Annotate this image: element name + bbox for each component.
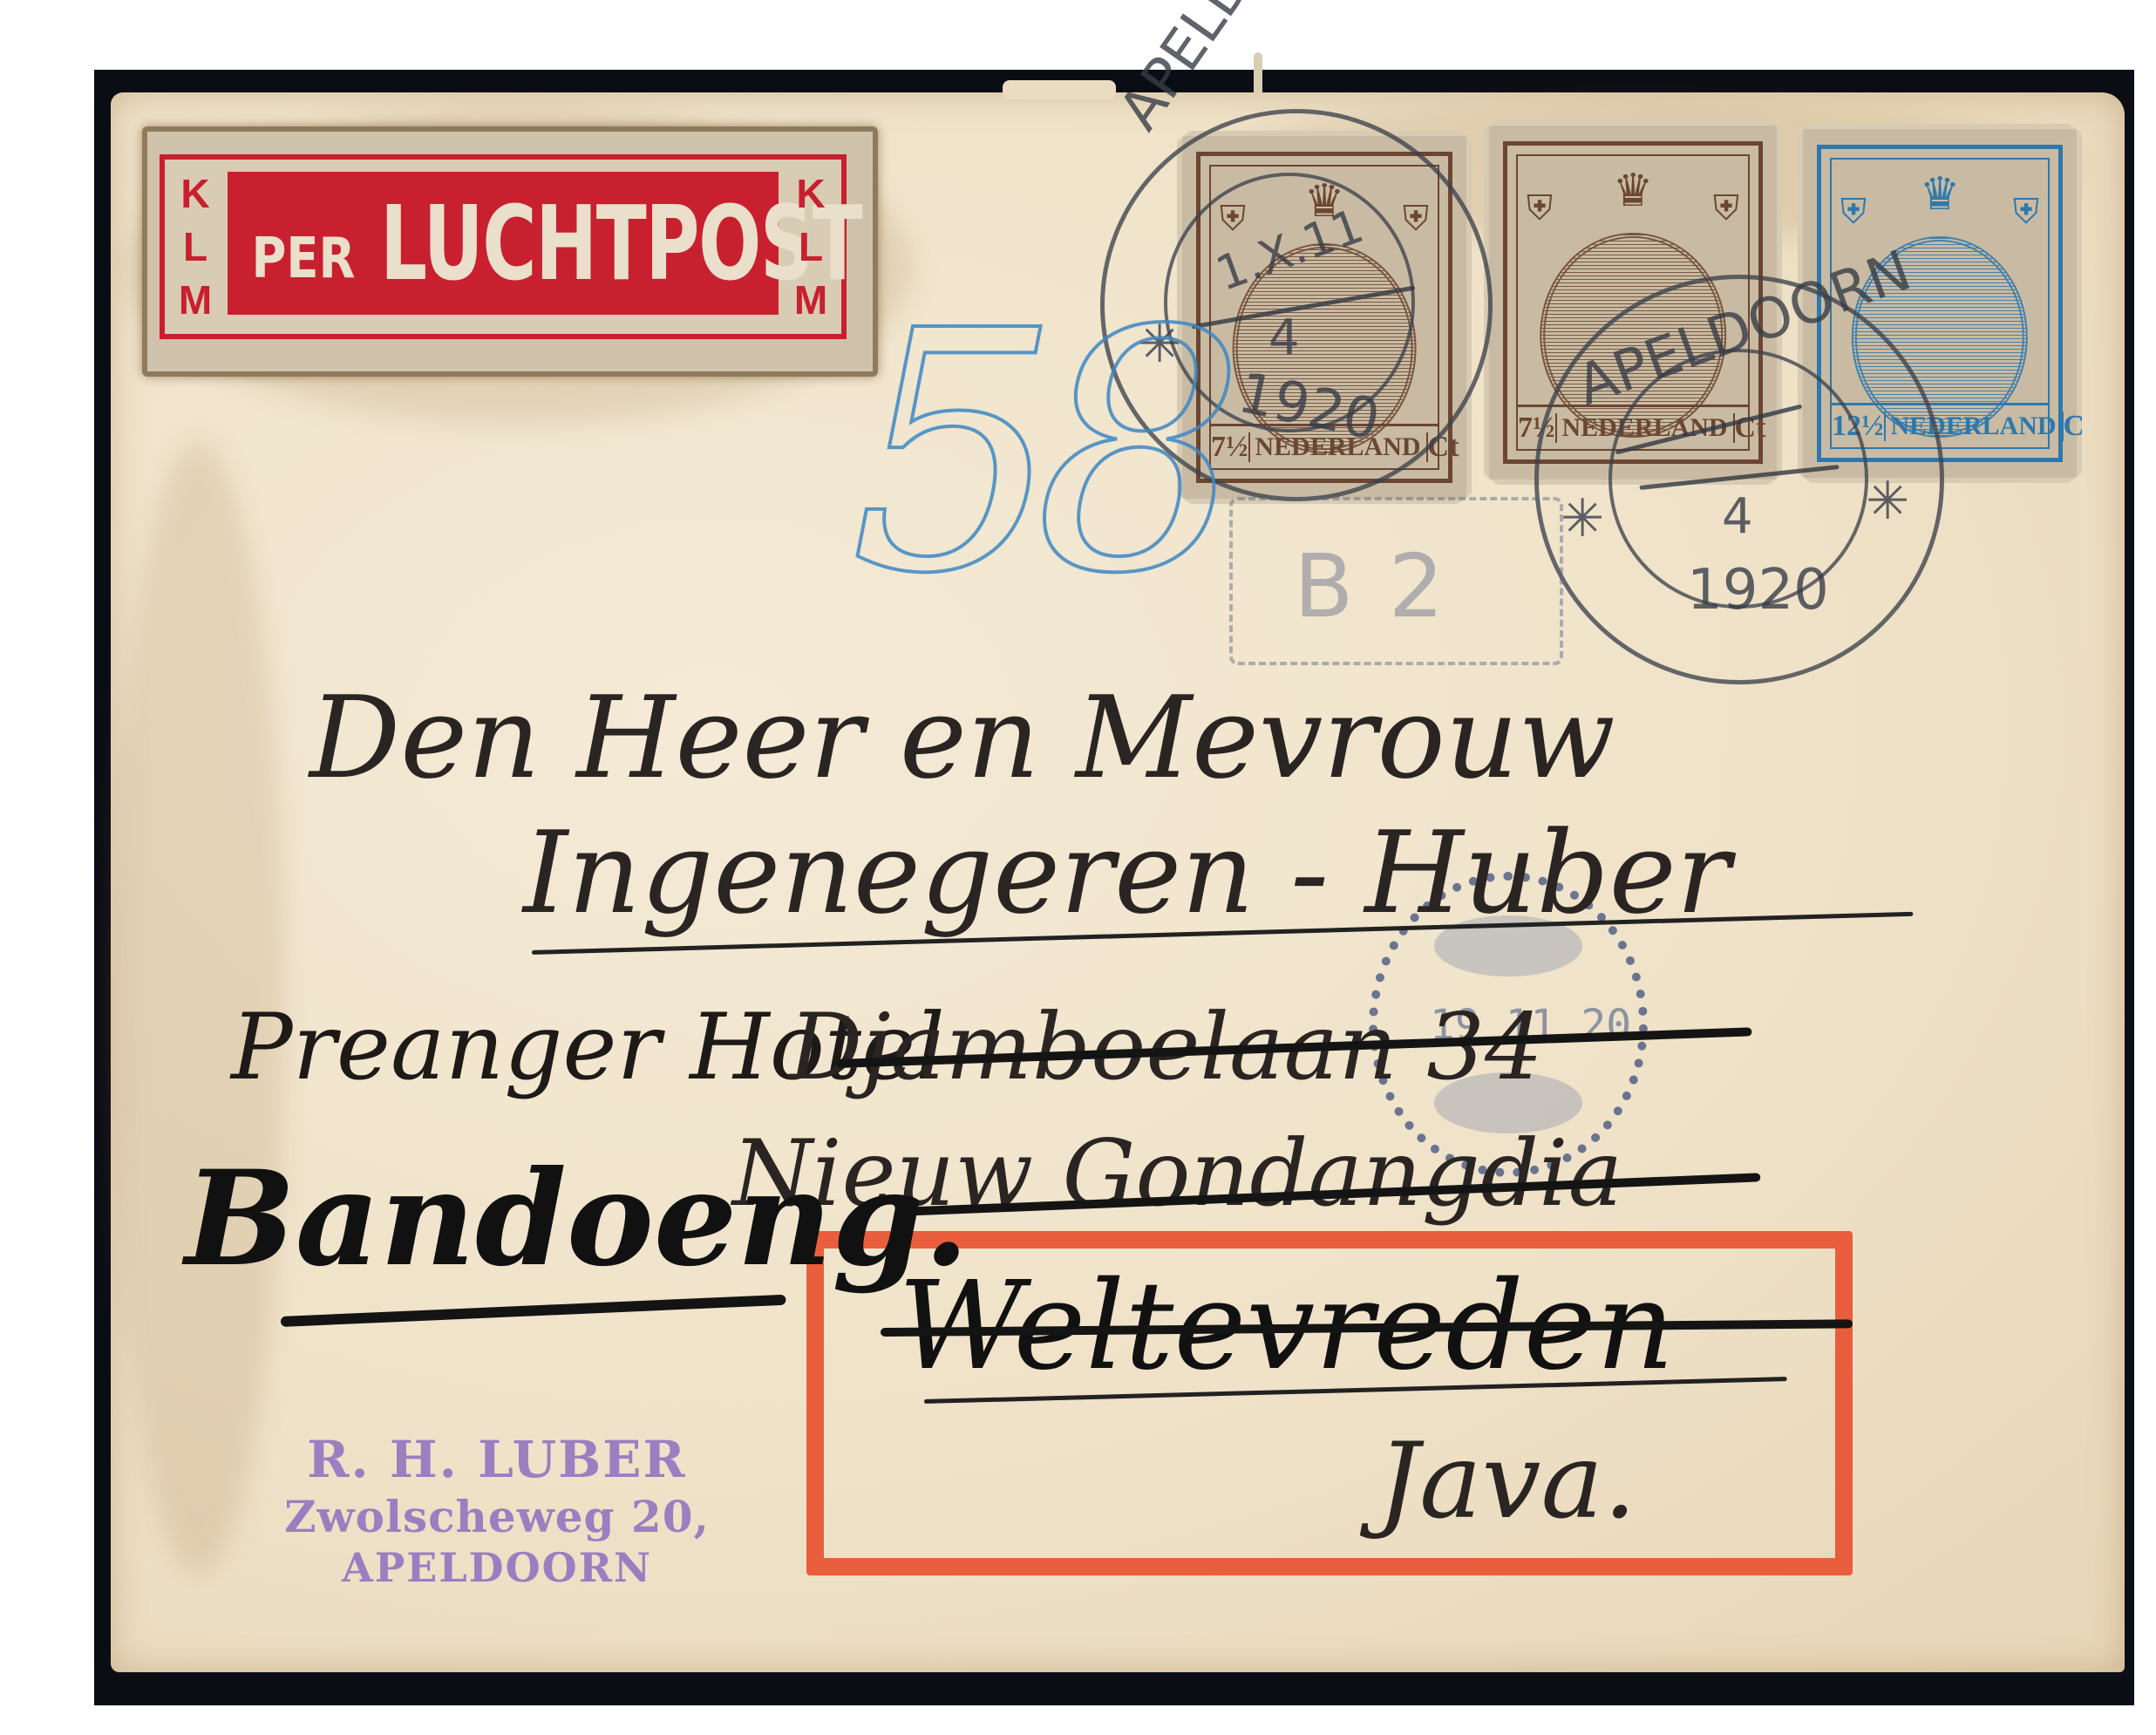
- klm-letter: K: [180, 173, 209, 214]
- crown-icon: ♛: [1920, 172, 1961, 217]
- torn-edge: [1003, 80, 1116, 99]
- coat-of-arms-icon: ⛨: [1527, 189, 1553, 228]
- klm-right: K L M: [786, 167, 836, 327]
- pencil-number: 58: [850, 288, 1220, 619]
- star-icon: ✳: [1561, 488, 1604, 549]
- airmail-label: K L M PER LUCHTPOST K L M: [142, 126, 878, 377]
- sender-city: APELDOORN: [262, 1544, 732, 1591]
- sender-street: Zwolscheweg 20,: [262, 1491, 732, 1542]
- klm-letter: K: [796, 173, 825, 214]
- coat-of-arms-icon: ⛨: [1713, 189, 1739, 228]
- klm-letter: M: [794, 280, 827, 320]
- box-marking-text: B2: [1294, 535, 1479, 637]
- coat-of-arms-icon: ⛨: [1840, 193, 1867, 232]
- klm-letter: L: [799, 227, 823, 267]
- b2-box-marking: B2: [1229, 497, 1563, 665]
- airmail-prefix: PER: [252, 227, 356, 291]
- star-icon: ✳: [1866, 471, 1909, 532]
- postmark-hour: 4: [1268, 310, 1300, 366]
- klm-letter: L: [183, 227, 207, 267]
- address-line-1: Den Heer en Mevrouw: [309, 671, 1615, 804]
- klm-left: K L M: [170, 167, 221, 327]
- postmark-hour: 4: [1722, 488, 1753, 545]
- airmail-label-frame: K L M PER LUCHTPOST K L M: [160, 154, 847, 339]
- return-address-stamp: R. H. LUBER Zwolscheweg 20, APELDOORN: [262, 1430, 732, 1591]
- crown-icon: ♛: [1613, 168, 1654, 214]
- airmail-band: PER LUCHTPOST: [228, 172, 779, 315]
- airmail-title: LUCHTPOST: [380, 183, 656, 303]
- sender-name: R. H. LUBER: [262, 1430, 732, 1489]
- postmark-year: 1920: [1687, 558, 1829, 623]
- forward-line-2: Bandoeng.: [185, 1142, 969, 1296]
- address-line-2: Ingenegeren - Huber: [523, 806, 1731, 939]
- address-line-6: Java.: [1377, 1421, 1636, 1542]
- klm-letter: M: [179, 280, 212, 320]
- coat-of-arms-icon: ⛨: [2013, 193, 2039, 232]
